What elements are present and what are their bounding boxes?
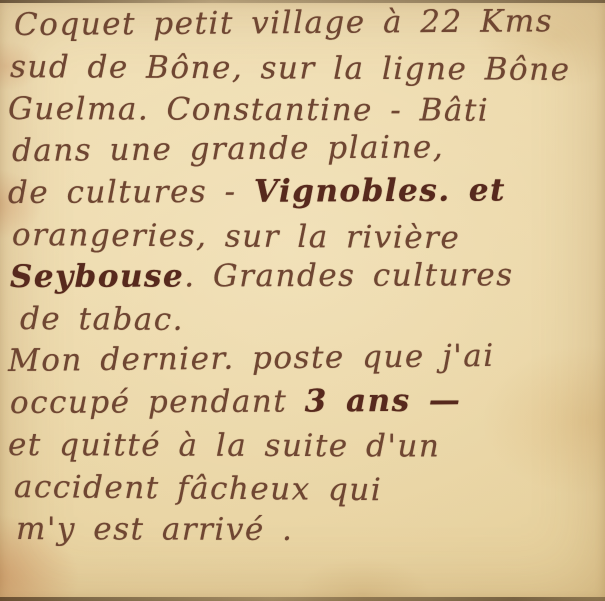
handwriting-line: Seybouse. Grandes cultures [10,254,603,298]
handwriting-line: occupé pendant 3 ans — [10,379,603,424]
handwriting-segment: accident fâcheux qui [14,469,383,508]
handwriting-line: de cultures - Vignobles. et [8,169,603,214]
handwriting-segment: . Grandes cultures [184,257,514,294]
handwriting-segment: Coquet petit village à 22 Kms [14,3,553,43]
handwriting-text-block: Coquet petit village à 22 Kmssud de Bône… [6,4,603,550]
handwriting-line: accident fâcheux qui [14,466,603,513]
handwriting-segment: Guelma. Constantine - Bâti [8,91,489,129]
handwriting-line: Mon dernier. poste que j'ai [8,334,603,382]
handwriting-segment: orangeries, sur la rivière [12,217,461,256]
handwriting-segment: 3 ans — [305,383,462,420]
handwriting-line: m'y est arrivé . [16,508,603,552]
handwriting-segment: Mon dernier. poste que j'ai [8,338,495,379]
handwriting-line: Coquet petit village à 22 Kms [14,0,603,46]
handwriting-segment: sud de Bône, sur la ligne Bône [10,49,571,88]
handwriting-line: orangeries, sur la rivière [12,214,603,260]
handwriting-segment: de cultures - [8,174,254,211]
handwriting-line: et quitté à la suite d'un [8,424,603,468]
photo-bottom-edge [0,597,605,601]
handwriting-line: dans une grande plaine, [12,125,603,172]
handwriting-segment: m'y est arrivé . [16,511,294,548]
handwritten-note-card: Coquet petit village à 22 Kmssud de Bône… [0,0,605,601]
handwriting-segment: dans une grande plaine, [12,129,444,169]
handwriting-segment: de tabac. [20,301,184,338]
handwriting-line: sud de Bône, sur la ligne Bône [10,46,603,91]
handwriting-segment: et quitté à la suite d'un [8,427,440,465]
handwriting-segment: Vignobles. et [254,172,506,209]
handwriting-segment: occupé pendant [10,383,305,421]
handwriting-segment: Seybouse [10,258,184,295]
